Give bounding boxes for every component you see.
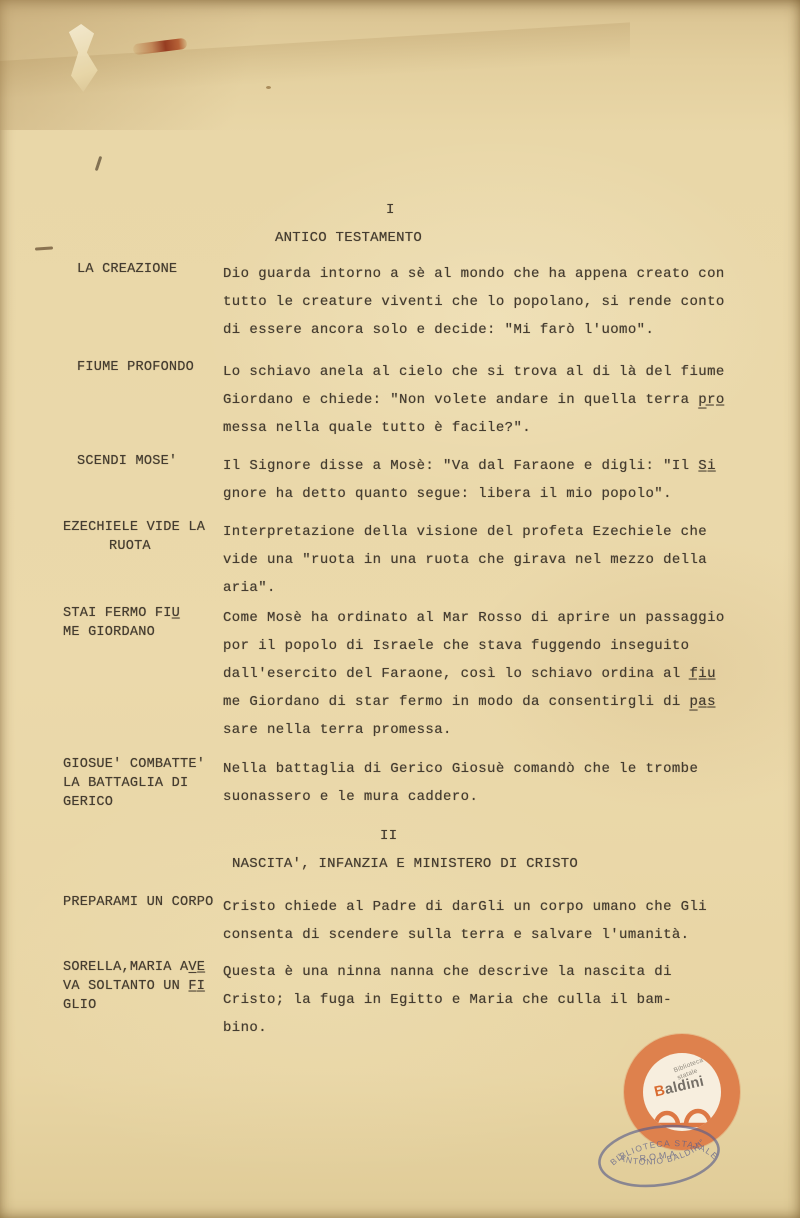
entry-heading: LA CREAZIONE [77,260,242,279]
body-line: Lo schiavo anela al cielo che si trova a… [223,358,763,386]
entry-description: Nella battaglia di Gerico Giosuè comandò… [223,755,763,811]
entry-description: Dio guarda intorno a sè al mondo che ha … [223,260,763,344]
entry-heading: GIOSUE' COMBATTE' LA BATTAGLIA DI GERICO [63,755,228,812]
body-line: por il popolo di Israele che stava fugge… [223,632,763,660]
heading-line: PREPARAMI UN CORPO [63,893,228,912]
heading-line: SCENDI MOSE' [77,452,242,471]
body-line: vide una "ruota in una ruota che girava … [223,546,763,574]
body-line: Cristo; la fuga in Egitto e Maria che cu… [223,986,763,1014]
body-line: messa nella quale tutto è facile?". [223,414,763,442]
part-2-title: NASCITA', INFANZIA E MINISTERO DI CRISTO [232,856,578,872]
library-ink-stamp: BIBLIOTECA STATALE "ANTONIO BALDINI" ROM… [590,1113,728,1198]
entry-heading: EZECHIELE VIDE LA RUOTA [63,518,228,556]
body-line: aria". [223,574,763,602]
heading-line: RUOTA [63,537,228,556]
entry-heading: SCENDI MOSE' [77,452,242,471]
heading-line: GLIO [63,996,228,1015]
entry-description: Cristo chiede al Padre di darGli un corp… [223,893,763,949]
scanned-typewritten-page: I ANTICO TESTAMENTO LA CREAZIONE Dio gua… [0,0,800,1218]
body-line: Questa è una ninna nanna che descrive la… [223,958,763,986]
heading-line: STAI FERMO FIU̲ [63,604,228,623]
entry-description: Il Signore disse a Mosè: "Va dal Faraone… [223,452,763,508]
pen-mark [95,156,102,171]
heading-line: SORELLA,MARIA AV̲E̲ [63,958,228,977]
body-line: Interpretazione della visione del profet… [223,518,763,546]
body-line: tutto le creature viventi che lo popolan… [223,288,763,316]
entry-heading: SORELLA,MARIA AV̲E̲ VA SOLTANTO UN F̲I̲ … [63,958,228,1015]
body-line: gnore ha detto quanto segue: libera il m… [223,480,763,508]
heading-line: VA SOLTANTO UN F̲I̲ [63,977,228,996]
entry-heading: PREPARAMI UN CORPO [63,893,228,912]
heading-line: FIUME PROFONDO [77,358,242,377]
part-1-title: ANTICO TESTAMENTO [275,230,422,246]
paper-speck [266,86,271,89]
entry-description: Interpretazione della visione del profet… [223,518,763,602]
body-line: Giordano e chiede: "Non volete andare in… [223,386,763,414]
heading-line: LA CREAZIONE [77,260,242,279]
heading-line: GIOSUE' COMBATTE' [63,755,228,774]
body-line: dall'esercito del Faraone, così lo schia… [223,660,763,688]
body-line: Come Mosè ha ordinato al Mar Rosso di ap… [223,604,763,632]
body-line: consenta di scendere sulla terra e salva… [223,921,763,949]
part-1-number: I [386,202,395,218]
heading-line: ME GIORDANO [63,623,228,642]
body-line: sare nella terra promessa. [223,716,763,744]
part-2-number: II [380,828,398,844]
pencil-dash [35,246,53,250]
heading-line: EZECHIELE VIDE LA [63,518,228,537]
body-line: Dio guarda intorno a sè al mondo che ha … [223,260,763,288]
body-line: Nella battaglia di Gerico Giosuè comandò… [223,755,763,783]
heading-line: LA BATTAGLIA DI [63,774,228,793]
entry-description: Come Mosè ha ordinato al Mar Rosso di ap… [223,604,763,744]
heading-line: GERICO [63,793,228,812]
body-line: suonassero e le mura caddero. [223,783,763,811]
body-line: di essere ancora solo e decide: "Mi farò… [223,316,763,344]
entry-description: Questa è una ninna nanna che descrive la… [223,958,763,1042]
stamp-name-rest: aldini [663,1074,705,1099]
entry-heading: FIUME PROFONDO [77,358,242,377]
entry-heading: STAI FERMO FIU̲ ME GIORDANO [63,604,228,642]
body-line: me Giordano di star fermo in modo da con… [223,688,763,716]
stamp-library-name: Baldini [653,1074,706,1101]
body-line: Il Signore disse a Mosè: "Va dal Faraone… [223,452,763,480]
body-line: Cristo chiede al Padre di darGli un corp… [223,893,763,921]
entry-description: Lo schiavo anela al cielo che si trova a… [223,358,763,442]
